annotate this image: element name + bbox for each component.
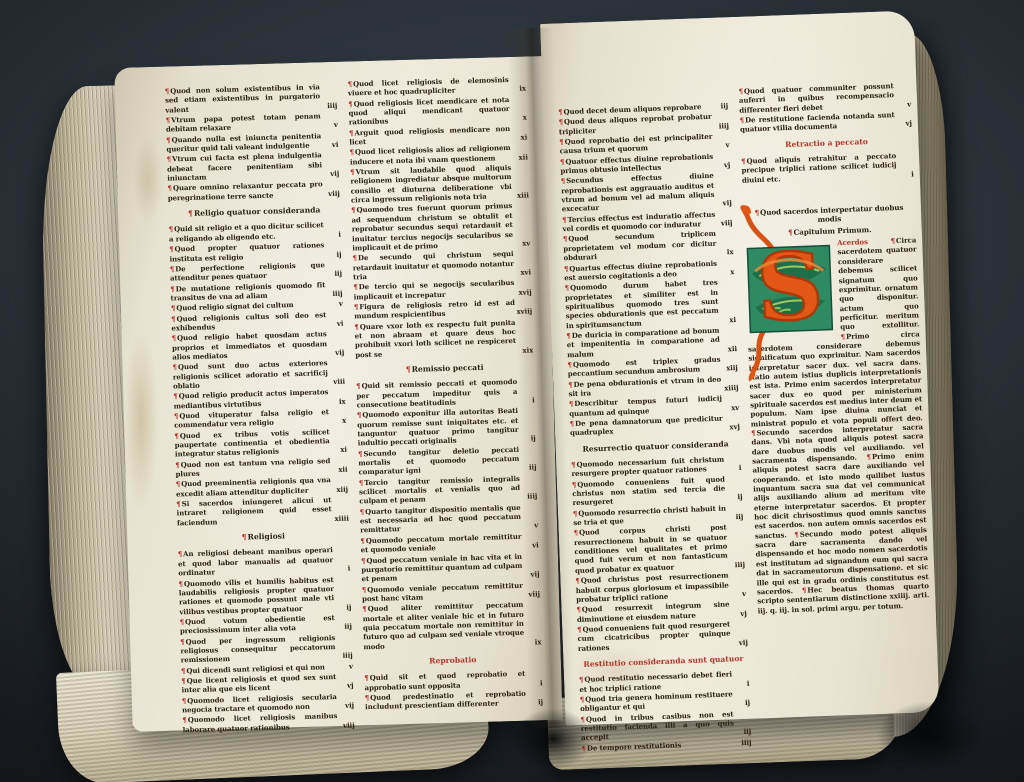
pilcrow-mark: ¶ — [188, 209, 194, 218]
entry-folio-numeral: i — [739, 463, 742, 472]
entry-folio-numeral: xiiii — [334, 513, 349, 523]
index-entry: ¶Quod sunt duo actus exteriores religion… — [172, 358, 345, 391]
entry-text: Quod votum obedientie est preciosissimum… — [180, 613, 335, 636]
pilcrow-mark: ¶ — [840, 332, 846, 341]
entry-text: De duricia in comparatione ad bonum et i… — [567, 326, 720, 359]
entry-folio-numeral: i — [911, 169, 914, 178]
entry-folio-numeral: iiij — [741, 737, 751, 747]
index-entry: ¶Vtrum cui facta est plena indulgentia d… — [167, 150, 340, 183]
entry-folio-numeral: viii — [333, 377, 345, 387]
entry-text: Quod ex tribus votis scilicet paupertate… — [175, 427, 330, 459]
section-heading: ¶Religiosi — [179, 530, 347, 544]
entry-text: Quod secundum triplicem proprietatem vel… — [563, 229, 716, 262]
entry-text: Vtrum papa potest totam penam debitam re… — [166, 111, 321, 134]
index-entry: ¶Quomodo licet religiosis manibus labora… — [182, 711, 354, 734]
right-page-column-2: ¶Quod quatuor communiter possunt auferri… — [738, 80, 929, 615]
entry-folio-numeral: v — [907, 99, 911, 108]
index-entry: ¶Quomodo vilis et humilis habitus est la… — [178, 574, 351, 616]
entry-text: De perfectione religionis que attenditur… — [170, 260, 325, 283]
pilcrow-mark: ¶ — [866, 452, 872, 461]
entry-folio-numeral: iiij — [735, 560, 745, 570]
entry-text: Quomodo licet religiosis manibus laborar… — [183, 711, 338, 734]
entry-folio-numeral: iiij — [327, 100, 337, 110]
entry-folio-numeral: v — [725, 141, 729, 150]
entry-text: Quid sit religio et a quo dicitur scilic… — [169, 221, 324, 244]
entry-text: Quomodo licet religiosis secularia negoc… — [182, 692, 337, 715]
entry-text: An religiosi debeant manibus operari et … — [178, 546, 333, 578]
entry-folio-numeral: vj — [905, 119, 912, 129]
entry-text: Quod quatuor communiter possunt auferri … — [739, 81, 894, 114]
entry-folio-numeral: iij — [735, 512, 743, 522]
index-entry: ¶Quod non solum existentibus in via sed … — [165, 82, 338, 115]
entry-folio-numeral: iij — [720, 101, 728, 111]
entry-folio-numeral: ij — [336, 249, 341, 258]
entry-folio-numeral: i — [338, 230, 341, 239]
entry-folio-numeral: iij — [743, 727, 751, 737]
entry-folio-numeral: iiij — [342, 651, 352, 661]
entry-folio-numeral: v — [349, 661, 353, 670]
index-entry: ¶Quod religio habet quosdam actus propri… — [172, 329, 345, 362]
entry-text: Quod peccatum veniale in hac vita et in … — [361, 551, 522, 583]
entry-folio-numeral: vij — [723, 199, 732, 209]
entry-text: Quod sunt duo actus exteriores religioni… — [173, 358, 328, 390]
pilcrow-mark: ¶ — [794, 530, 800, 539]
pilcrow-mark: ¶ — [802, 585, 808, 594]
entry-folio-numeral: xiij — [726, 363, 738, 373]
entry-text: Quod non est tantum vna religio sed plur… — [175, 456, 330, 479]
section-heading: ¶Remissio peccati — [358, 361, 532, 375]
index-entry: ¶Quare omnino relaxantur peccata pro per… — [167, 179, 339, 202]
entry-folio-numeral: x — [730, 267, 734, 276]
entry-folio-numeral: i — [348, 564, 351, 573]
right-page: ¶Quod decet deum aliquos reprobareiij¶Qu… — [540, 10, 939, 725]
entry-text: Vtrum sit laudabile quod aliquis religio… — [350, 163, 511, 205]
entry-folio-numeral: ij — [346, 602, 351, 611]
index-entry: ¶Quod aliter remittitur peccatum mortale… — [362, 600, 541, 652]
index-entry: ¶Quomodo tres fuerunt quorum primus ad s… — [351, 201, 530, 253]
index-entry: ¶Quare vxor loth ex respectu fuit punita… — [354, 317, 533, 359]
entry-folio-numeral: i — [747, 678, 750, 687]
index-entry: ¶Quomodo exponitur illa autoritas Beati … — [357, 406, 536, 448]
entry-text: Quare omnino relaxantur peccata pro pere… — [168, 180, 323, 203]
right-page-column-2-entries: ¶Quod quatuor communiter possunt auferri… — [738, 80, 913, 184]
pilcrow-mark: ¶ — [751, 428, 757, 437]
index-entry: ¶Quod conueniens fuit quod resurgeret cu… — [577, 619, 748, 653]
entry-text: Quod religio producit actus imperatos me… — [173, 387, 328, 410]
pilcrow-mark: ¶ — [406, 365, 412, 374]
index-entry: ¶An religiosi debeant manibus operari et… — [178, 545, 351, 578]
index-entry: ¶Quod corpus christi post resurrectionem… — [574, 522, 746, 575]
entry-text: Quod corpus christi post resurrectionem … — [574, 523, 728, 575]
entry-text: Quare vxor loth ex respectu fuit punita … — [355, 317, 516, 359]
book-photo: ¶Quod non solum existentibus in via sed … — [0, 0, 1024, 782]
index-entry: ¶Quod religiosis licet mendicare et nota… — [348, 94, 527, 127]
entry-text: Tercio tangitur remissio integralis scil… — [359, 474, 520, 506]
entry-text: Quod religionis cultus soli deo est exhi… — [171, 310, 326, 333]
entry-folio-numeral: iij — [334, 269, 342, 279]
entry-text: Quod religiosis licet mendicare et nota … — [348, 95, 509, 127]
entry-folio-numeral: iij — [344, 622, 352, 632]
entry-folio-numeral: vi — [332, 140, 339, 150]
index-entry: ¶Quod aliquis retrahitur a peccato preci… — [741, 150, 914, 184]
entry-text: Quomodo exponitur illa autoritas Beati q… — [357, 406, 518, 448]
entry-text: Quarto tangitur dispositio mentalis que … — [360, 503, 521, 535]
pilcrow-mark: ¶ — [890, 236, 896, 245]
entry-folio-numeral: xi — [340, 445, 347, 455]
entry-text: Quod aliter remittitur peccatum mortale … — [363, 600, 525, 651]
entry-text: Quomodo vilis et humilis habitus est lau… — [179, 575, 334, 616]
entry-text: Si sacerdos iniungeret alicui ut intrare… — [177, 495, 332, 527]
entry-text: Vtrum cui facta est plena indulgentia de… — [167, 151, 322, 183]
index-entry: ¶Quid sit remissio peccati et quomodo pe… — [356, 377, 535, 410]
chapter-text: S Acerdos ¶Circa sacerdotem quatuor cons… — [744, 235, 930, 615]
entry-text: Quod vituperatur falsa religio et commen… — [174, 407, 329, 430]
index-entry: ¶Quod peccatum veniale in hac vita et in… — [361, 551, 540, 584]
entry-folio-numeral: ix — [339, 396, 346, 406]
index-entry: ¶Secundo tangitur deletio peccati mortal… — [358, 444, 537, 477]
initial-letter-glyph: S — [755, 232, 825, 342]
entry-folio-numeral: vij — [739, 637, 748, 647]
entry-folio-numeral: ij — [745, 698, 750, 708]
index-entry: ¶Tercio tangitur remissio integralis sci… — [359, 473, 538, 506]
entry-text: Secundo tangitur deletio peccati mortali… — [358, 445, 519, 477]
section-heading: Restitutio consideranda sunt quatuor — [580, 654, 746, 669]
index-entry: ¶Quomodo durum habet tres proprietates e… — [565, 277, 737, 330]
entry-folio-numeral: xiiij — [724, 383, 739, 393]
entry-folio-numeral: viij — [328, 189, 340, 199]
entry-folio-numeral: v — [339, 299, 343, 308]
entry-folio-numeral: viij — [721, 218, 733, 228]
right-page-column-1: ¶Quod decet deum aliquos reprobareiij¶Qu… — [558, 101, 752, 754]
entry-text: Quod religio habet quosdam actus proprio… — [172, 329, 327, 361]
entry-text: Quando nulla est iniuncta penitentia que… — [166, 131, 321, 154]
entry-folio-numeral: vij — [330, 169, 339, 179]
left-page: ¶Quod non solum existentibus in via sed … — [114, 56, 562, 732]
index-entry: ¶Vtrum sit laudabile quod aliquis religi… — [350, 163, 529, 205]
entry-text: De mutatione religionis quomodo fit tran… — [170, 280, 325, 303]
entry-text: Quod propter quatuor rationes instituta … — [169, 240, 324, 263]
entry-folio-numeral: ix — [727, 247, 734, 257]
corner-shadow — [860, 690, 1000, 782]
section-heading: Resurrectio quatuor consideranda — [572, 439, 738, 454]
entry-folio-numeral: xvj — [729, 422, 740, 432]
entry-folio-numeral: xii — [728, 344, 738, 354]
entry-folio-numeral: ij — [737, 492, 742, 502]
entry-folio-numeral: xi — [729, 315, 736, 325]
entry-folio-numeral: v — [334, 120, 338, 129]
section-heading: Retractio a peccato — [742, 135, 910, 150]
entry-text: Quod non solum existentibus in via sed e… — [165, 82, 320, 114]
illuminated-initial: S — [744, 241, 835, 340]
entry-folio-numeral: xv — [731, 403, 739, 413]
entry-folio-numeral: vj — [724, 160, 731, 170]
index-entry: ¶Quod ex tribus votis scilicet paupertat… — [174, 426, 347, 459]
entry-folio-numeral: vi — [337, 319, 344, 329]
left-page-column-1: ¶Quod non solum existentibus in via sed … — [165, 82, 355, 736]
entry-text: Quomodo tres fuerunt quorum primus ad se… — [351, 201, 513, 252]
section-heading: Reprobatio — [366, 653, 540, 667]
entry-text: Quod conueniens fuit quod resurgeret cum… — [577, 619, 730, 652]
entry-folio-numeral: vij — [335, 348, 344, 358]
entry-folio-numeral: vj — [347, 681, 354, 691]
entry-text: Quomodo conueniens fuit quod christus no… — [572, 474, 725, 507]
entry-text: Quod per ingressum religionis religiosus… — [180, 633, 335, 665]
illuminated-initial-artwork: S — [744, 241, 835, 340]
index-entry: ¶Quod per ingressum religionis religiosu… — [180, 632, 353, 665]
entry-text: Que licent religiosis et quod sex sunt i… — [181, 672, 336, 695]
entry-text: Quid sit remissio peccati et quomodo per… — [356, 377, 517, 409]
entry-folio-numeral: iiij — [332, 289, 342, 299]
entry-folio-numeral: vj — [740, 608, 747, 618]
entry-folio-numeral: xiij — [336, 484, 348, 494]
index-entry: ¶Quarto tangitur dispositio mentalis que… — [360, 502, 539, 535]
entry-folio-numeral: v — [742, 589, 746, 598]
entry-folio-numeral: iiij — [719, 121, 729, 131]
entry-folio-numeral: viij — [343, 720, 355, 730]
entry-text: De secundo qui christum sequi retardauit… — [353, 249, 514, 281]
entry-text: Quod preeminentia religionis qua vna exc… — [176, 476, 331, 499]
entry-text: Quomodo durum habet tres proprietates et… — [565, 278, 719, 330]
index-entry: ¶Si sacerdos iniungeret alicui ut intrar… — [176, 495, 349, 528]
entry-folio-numeral: x — [342, 416, 346, 425]
entry-text: Quod aliquis retrahitur a peccato precip… — [741, 151, 896, 184]
entry-folio-numeral: xii — [338, 465, 347, 475]
chapter-rubric-text: Quod sacerdos interpertatur duobus modis — [760, 203, 904, 224]
gutter-shadow — [498, 696, 608, 782]
index-entry: ¶Secundus effectus diuine reprobationis … — [561, 171, 732, 215]
entry-folio-numeral: vij — [345, 701, 354, 711]
section-heading: ¶Religio quatuor consideranda — [170, 205, 338, 219]
pilcrow-mark: ¶ — [242, 533, 248, 542]
entry-text: Quod christus post resurrectionem habuit… — [576, 571, 729, 604]
index-entry: ¶De secundo qui christum sequi retardaui… — [352, 249, 531, 282]
entry-text: Secundus effectus diuine reprobationis e… — [561, 171, 715, 214]
